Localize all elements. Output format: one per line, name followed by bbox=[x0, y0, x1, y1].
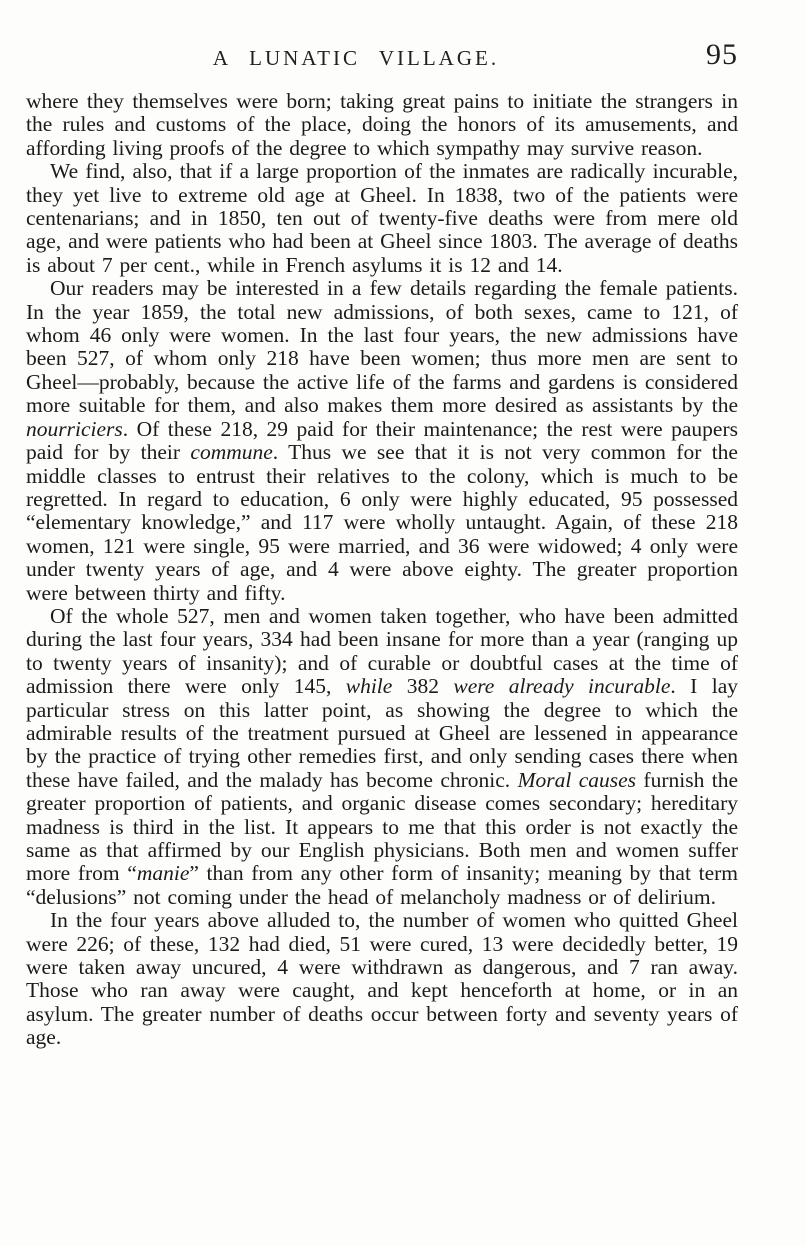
page-header: A LUNATIC VILLAGE. 95 bbox=[26, 38, 738, 80]
book-page: A LUNATIC VILLAGE. 95 where they themsel… bbox=[0, 0, 806, 1246]
paragraph-2: We find, also, that if a large proportio… bbox=[26, 160, 738, 277]
text-run: Our readers may be interested in a few d… bbox=[26, 276, 738, 417]
page-number: 95 bbox=[706, 38, 738, 72]
italic-run: while bbox=[346, 674, 393, 698]
paragraph-1: where they themselves were born; taking … bbox=[26, 90, 738, 160]
running-title: A LUNATIC VILLAGE. bbox=[213, 46, 499, 71]
paragraph-5: In the four years above alluded to, the … bbox=[26, 909, 738, 1049]
text-run: We find, also, that if a large proportio… bbox=[26, 159, 738, 277]
italic-run: nourriciers bbox=[26, 417, 123, 441]
text-run: In the four years above alluded to, the … bbox=[26, 908, 738, 1049]
paragraph-4: Of the whole 527, men and women taken to… bbox=[26, 605, 738, 909]
italic-run: Moral causes bbox=[518, 768, 636, 792]
italic-run: were already incurable bbox=[453, 674, 670, 698]
page-body: where they themselves were born; taking … bbox=[26, 90, 738, 1050]
text-run: where they themselves were born; taking … bbox=[26, 89, 738, 160]
text-run: . Thus we see that it is not very common… bbox=[26, 440, 738, 604]
italic-run: commune bbox=[190, 440, 272, 464]
text-run: 382 bbox=[392, 674, 453, 698]
paragraph-3: Our readers may be interested in a few d… bbox=[26, 277, 738, 605]
italic-run: manie bbox=[137, 861, 190, 885]
